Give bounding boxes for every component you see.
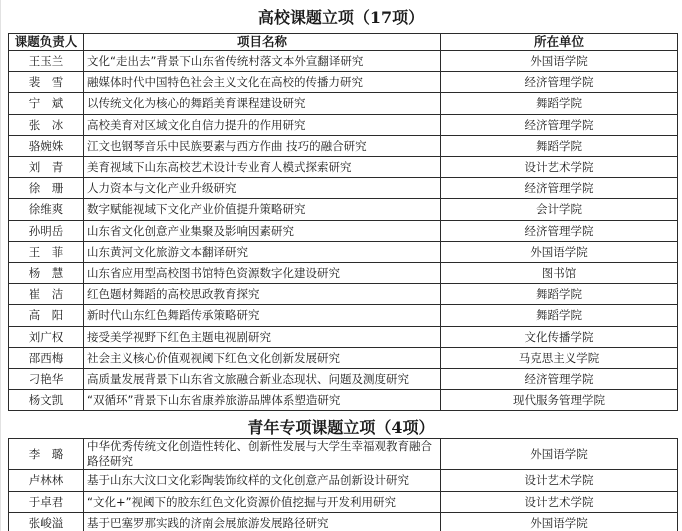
leader-cell[interactable]: 宁 斌 [9, 93, 84, 114]
leader-cell[interactable]: 王玉兰 [9, 51, 84, 72]
unit-cell[interactable]: 经济管理学院 [441, 72, 678, 93]
project-name-cell[interactable]: 中华优秀传统文化创造性转化、创新性发展与大学生幸福观教育融合路径研究 [84, 439, 441, 470]
project-name-cell[interactable]: 基于山东大汶口文化彩陶装饰纹样的文化创意产品创新设计研究 [84, 470, 441, 492]
project-name-cell[interactable]: 接受美学视野下红色主题电视剧研究 [84, 326, 441, 347]
project-name-cell[interactable]: 山东黄河文化旅游文本翻译研究 [84, 241, 441, 262]
table-row: 王玉兰文化“走出去”背景下山东省传统村落文本外宣翻译研究外国语学院 [9, 51, 678, 72]
youth-projects-table: 李 璐中华优秀传统文化创造性转化、创新性发展与大学生幸福观教育融合路径研究外国语… [8, 438, 678, 531]
unit-cell[interactable]: 设计艺术学院 [441, 491, 678, 513]
unit-cell[interactable]: 图书馆 [441, 263, 678, 284]
leader-cell[interactable]: 崔 洁 [9, 284, 84, 305]
table-row: 杨 慧山东省应用型高校图书馆特色资源数字化建设研究图书馆 [9, 263, 678, 284]
project-name-cell[interactable]: “双循环”背景下山东省康养旅游品牌体系塑造研究 [84, 390, 441, 411]
table-row: 杨文凯 “双循环”背景下山东省康养旅游品牌体系塑造研究现代服务管理学院 [9, 390, 678, 411]
table-row: 宁 斌以传统文化为核心的舞蹈美育课程建设研究舞蹈学院 [9, 93, 678, 114]
unit-cell[interactable]: 设计艺术学院 [441, 157, 678, 178]
leader-cell[interactable]: 邵西梅 [9, 347, 84, 368]
header-project-name[interactable]: 项目名称 [84, 34, 441, 51]
unit-cell[interactable]: 现代服务管理学院 [441, 390, 678, 411]
unit-cell[interactable]: 设计艺术学院 [441, 470, 678, 492]
table-row: 王 菲山东黄河文化旅游文本翻译研究外国语学院 [9, 241, 678, 262]
leader-cell[interactable]: 刁艳华 [9, 369, 84, 390]
unit-cell[interactable]: 马克思主义学院 [441, 347, 678, 368]
project-name-cell[interactable]: “文化+”视阈下的胶东红色文化资源价值挖掘与开发利用研究 [84, 491, 441, 513]
unit-cell[interactable]: 舞蹈学院 [441, 93, 678, 114]
table-row: 刘 青美育视域下山东高校艺术设计专业育人模式探索研究设计艺术学院 [9, 157, 678, 178]
unit-cell[interactable]: 经济管理学院 [441, 220, 678, 241]
leader-cell[interactable]: 高 阳 [9, 305, 84, 326]
leader-cell[interactable]: 骆婉姝 [9, 135, 84, 156]
leader-cell[interactable]: 杨 慧 [9, 263, 84, 284]
project-name-cell[interactable]: 基于巴塞罗那实践的济南会展旅游发展路径研究 [84, 513, 441, 531]
table-row: 邵西梅社会主义核心价值观视阈下红色文化创新发展研究马克思主义学院 [9, 347, 678, 368]
leader-cell[interactable]: 刘 青 [9, 157, 84, 178]
table-row: 张 冰高校美育对区域文化自信力提升的作用研究经济管理学院 [9, 114, 678, 135]
project-name-cell[interactable]: 新时代山东红色舞蹈传承策略研究 [84, 305, 441, 326]
table-row: 刘广权接受美学视野下红色主题电视剧研究文化传播学院 [9, 326, 678, 347]
unit-cell[interactable]: 外国语学院 [441, 439, 678, 470]
table-row: 刁艳华高质量发展背景下山东省文旅融合新业态现状、问题及测度研究经济管理学院 [9, 369, 678, 390]
project-name-cell[interactable]: 高质量发展背景下山东省文旅融合新业态现状、问题及测度研究 [84, 369, 441, 390]
unit-cell[interactable]: 外国语学院 [441, 51, 678, 72]
project-name-cell[interactable]: 江文也钢琴音乐中民族要素与西方作曲 技巧的融合研究 [84, 135, 441, 156]
unit-cell[interactable]: 会计学院 [441, 199, 678, 220]
table-row: 李 璐中华优秀传统文化创造性转化、创新性发展与大学生幸福观教育融合路径研究外国语… [9, 439, 678, 470]
leader-cell[interactable]: 徐维爽 [9, 199, 84, 220]
table-header-row: 课题负责人 项目名称 所在单位 [9, 34, 678, 51]
unit-cell[interactable]: 舞蹈学院 [441, 284, 678, 305]
project-name-cell[interactable]: 山东省应用型高校图书馆特色资源数字化建设研究 [84, 263, 441, 284]
leader-cell[interactable]: 杨文凯 [9, 390, 84, 411]
project-name-cell[interactable]: 人力资本与文化产业升级研究 [84, 178, 441, 199]
project-name-cell[interactable]: 美育视域下山东高校艺术设计专业育人模式探索研究 [84, 157, 441, 178]
project-name-cell[interactable]: 数字赋能视域下文化产业价值提升策略研究 [84, 199, 441, 220]
table-row: 于卓君 “文化+”视阈下的胶东红色文化资源价值挖掘与开发利用研究设计艺术学院 [9, 491, 678, 513]
project-name-cell[interactable]: 高校美育对区域文化自信力提升的作用研究 [84, 114, 441, 135]
unit-cell[interactable]: 外国语学院 [441, 241, 678, 262]
unit-cell[interactable]: 外国语学院 [441, 513, 678, 531]
table-row: 孙明岳山东省文化创意产业集聚及影响因素研究经济管理学院 [9, 220, 678, 241]
unit-cell[interactable]: 经济管理学院 [441, 369, 678, 390]
leader-cell[interactable]: 卢林林 [9, 470, 84, 492]
leader-cell[interactable]: 刘广权 [9, 326, 84, 347]
leader-cell[interactable]: 张峻溢 [9, 513, 84, 531]
project-name-cell[interactable]: 以传统文化为核心的舞蹈美育课程建设研究 [84, 93, 441, 114]
unit-cell[interactable]: 经济管理学院 [441, 178, 678, 199]
unit-cell[interactable]: 经济管理学院 [441, 114, 678, 135]
table-row: 张峻溢基于巴塞罗那实践的济南会展旅游发展路径研究外国语学院 [9, 513, 678, 531]
unit-cell[interactable]: 舞蹈学院 [441, 135, 678, 156]
leader-cell[interactable]: 裴 雪 [9, 72, 84, 93]
project-name-cell[interactable]: 山东省文化创意产业集聚及影响因素研究 [84, 220, 441, 241]
project-name-cell[interactable]: 文化“走出去”背景下山东省传统村落文本外宣翻译研究 [84, 51, 441, 72]
leader-cell[interactable]: 李 璐 [9, 439, 84, 470]
header-leader[interactable]: 课题负责人 [9, 34, 84, 51]
section-title-youth-projects: 青年专项课题立项（4项） [0, 417, 682, 439]
table-row: 崔 洁红色题材舞蹈的高校思政教育探究舞蹈学院 [9, 284, 678, 305]
project-name-cell[interactable]: 社会主义核心价值观视阈下红色文化创新发展研究 [84, 347, 441, 368]
university-projects-table: 课题负责人 项目名称 所在单位 王玉兰文化“走出去”背景下山东省传统村落文本外宣… [8, 33, 678, 411]
table-row: 骆婉姝江文也钢琴音乐中民族要素与西方作曲 技巧的融合研究舞蹈学院 [9, 135, 678, 156]
leader-cell[interactable]: 于卓君 [9, 491, 84, 513]
project-name-cell[interactable]: 红色题材舞蹈的高校思政教育探究 [84, 284, 441, 305]
section-title-university-projects: 高校课题立项（17项） [0, 6, 682, 30]
table-row: 高 阳新时代山东红色舞蹈传承策略研究舞蹈学院 [9, 305, 678, 326]
leader-cell[interactable]: 孙明岳 [9, 220, 84, 241]
project-name-cell[interactable]: 融媒体时代中国特色社会主义文化在高校的传播力研究 [84, 72, 441, 93]
header-unit[interactable]: 所在单位 [441, 34, 678, 51]
table-row: 徐 珊人力资本与文化产业升级研究经济管理学院 [9, 178, 678, 199]
leader-cell[interactable]: 张 冰 [9, 114, 84, 135]
table-row: 徐维爽数字赋能视域下文化产业价值提升策略研究会计学院 [9, 199, 678, 220]
unit-cell[interactable]: 舞蹈学院 [441, 305, 678, 326]
leader-cell[interactable]: 王 菲 [9, 241, 84, 262]
leader-cell[interactable]: 徐 珊 [9, 178, 84, 199]
unit-cell[interactable]: 文化传播学院 [441, 326, 678, 347]
table-row: 裴 雪融媒体时代中国特色社会主义文化在高校的传播力研究经济管理学院 [9, 72, 678, 93]
table-row: 卢林林基于山东大汶口文化彩陶装饰纹样的文化创意产品创新设计研究设计艺术学院 [9, 470, 678, 492]
